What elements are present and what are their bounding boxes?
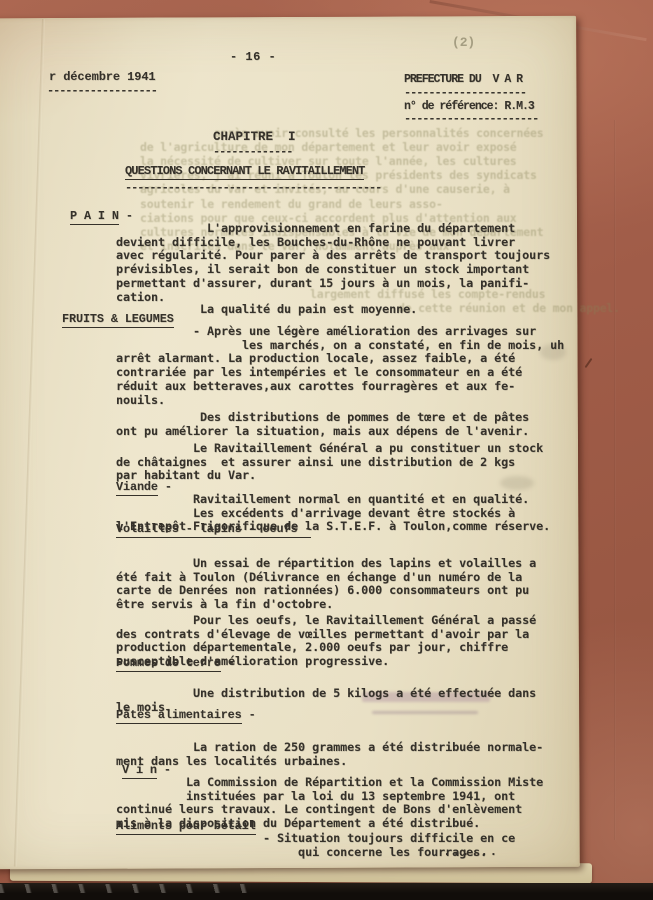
section-heading-pates-alimentaires: Pâtes alimentaires - bbox=[116, 709, 256, 723]
chapter-rule: ------------- bbox=[213, 145, 292, 159]
title-rule: ----------------------------------------… bbox=[125, 181, 381, 195]
section-body-pain-1: L'approvisionnement en farine du départe… bbox=[116, 222, 550, 305]
cover-crease bbox=[614, 120, 616, 840]
office-rule: -------------------- bbox=[404, 86, 526, 100]
section-body-fruits-1: - Après une légère amélioration des arri… bbox=[116, 325, 564, 408]
section-heading-pommes-de-terre: Pommes de terre - bbox=[116, 657, 235, 671]
date-line: r décembre 1941 bbox=[49, 71, 156, 85]
section-heading-volailles: Volailles - lapins - oeufs - bbox=[116, 523, 311, 537]
date-rule: ------------------ bbox=[47, 84, 157, 98]
page-number: - 16 - bbox=[230, 51, 276, 65]
reference-rule: ---------------------- bbox=[404, 112, 538, 126]
faint-page-number: (2) bbox=[452, 36, 475, 50]
document-title: QUESTIONS CONCERNANT LE RAVITAILLEMENT bbox=[125, 164, 364, 180]
end-dots: ...... bbox=[443, 845, 499, 859]
section-body-volailles-1: Un essai de répartition des lapins et vo… bbox=[116, 557, 536, 612]
bottom-band-highlight bbox=[0, 884, 260, 893]
section-body-pates-alimentaires: La ration de 250 grammes a été distribué… bbox=[116, 741, 543, 769]
section-body-fruits-2: Des distributions de pommes de tœre et d… bbox=[116, 411, 529, 439]
office-name: PREFECTURE DU V A R bbox=[404, 73, 522, 87]
chapter-heading: CHAPITRE I bbox=[213, 131, 296, 145]
section-body-fruits-3: Le Ravitaillement Général a pu constitue… bbox=[116, 442, 543, 483]
